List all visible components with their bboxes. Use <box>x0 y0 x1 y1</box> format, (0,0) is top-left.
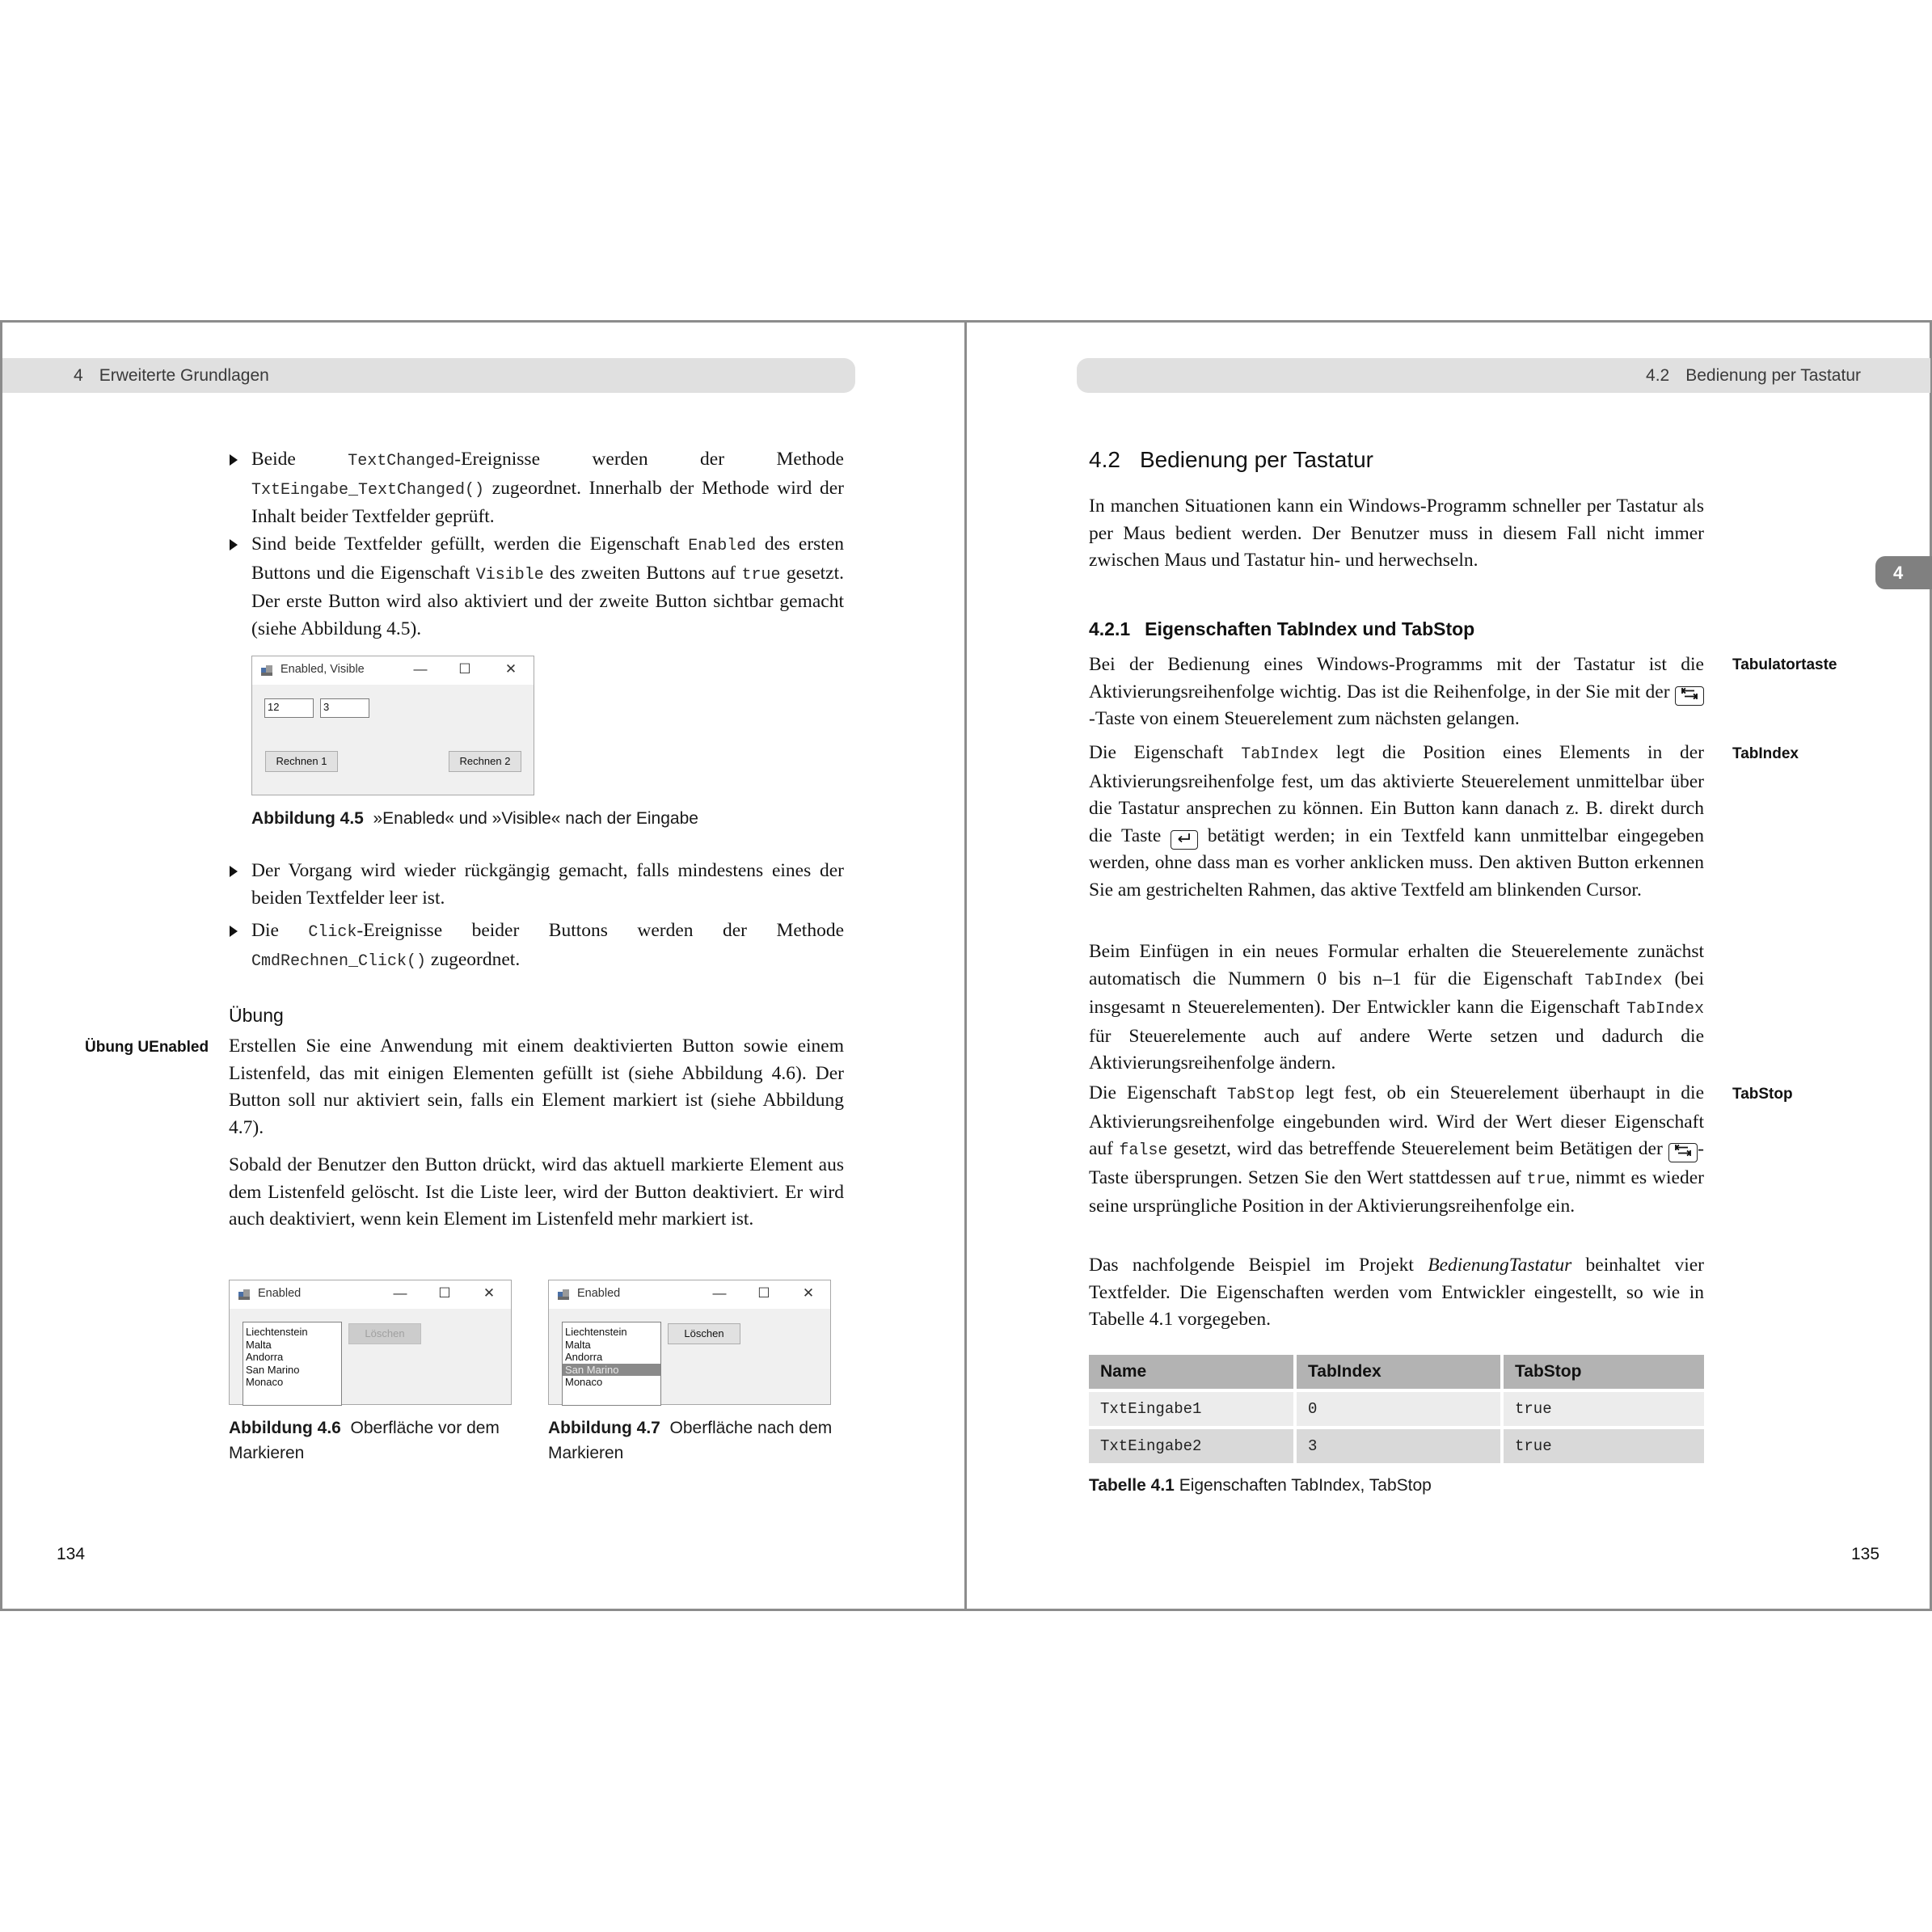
inline-code: Enabled <box>688 537 756 555</box>
list-item[interactable]: San Marino <box>243 1364 341 1377</box>
section-number: 4.2 <box>1646 358 1669 393</box>
section-title: Bedienung per Tastatur <box>1685 366 1930 385</box>
window-title: Enabled <box>577 1287 620 1300</box>
margin-note-tabstop: TabStop <box>1732 1086 1793 1103</box>
table-row: TxtEingabe1 0 true <box>1089 1392 1704 1429</box>
inline-code: TabStop <box>1227 1086 1295 1104</box>
bullet-icon <box>230 539 238 550</box>
paragraph: Bei der Bedienung eines Windows-Programm… <box>1089 652 1704 733</box>
section-heading-number: 4.2 <box>1089 447 1120 472</box>
enter-key-icon <box>1171 830 1198 850</box>
textbox-2[interactable]: 3 <box>320 698 369 718</box>
textbox-1[interactable]: 12 <box>264 698 314 718</box>
list-item[interactable]: Andorra <box>563 1351 660 1364</box>
figure-4-6-window: Enabled — ☐ ✕ LiechtensteinMaltaAndorraS… <box>229 1280 512 1405</box>
margin-note-tabulatortaste: Tabulatortaste <box>1732 656 1837 674</box>
section-heading-title: Bedienung per Tastatur <box>1140 447 1373 472</box>
caption-text: »Enabled« und »Visible« nach der Eingabe <box>373 809 698 828</box>
column-header-name: Name <box>1089 1355 1297 1392</box>
figure-4-5-caption: Abbildung 4.5 »Enabled« und »Visible« na… <box>251 806 698 831</box>
app-icon <box>238 1289 250 1300</box>
figure-4-7-caption: Abbildung 4.7 Oberfläche nach dem Markie… <box>548 1415 847 1466</box>
section-heading: 4.2Bedienung per Tastatur <box>1089 447 1373 473</box>
figure-4-5-window: Enabled, Visible — ☐ ✕ 12 3 Rechnen 1 Re… <box>251 656 534 795</box>
loeschen-button[interactable]: Löschen <box>668 1323 740 1344</box>
inline-code: TabIndex <box>1585 972 1663 990</box>
inline-code: TabIndex <box>1241 745 1318 764</box>
close-icon[interactable]: ✕ <box>800 1285 816 1301</box>
inline-code: CmdRechnen_Click() <box>251 952 426 971</box>
minimize-icon[interactable]: — <box>392 1285 408 1301</box>
subsection-number: 4.2.1 <box>1089 618 1130 639</box>
maximize-icon[interactable]: ☐ <box>457 661 473 677</box>
table-caption: Tabelle 4.1 Eigenschaften TabIndex, TabS… <box>1089 1473 1432 1498</box>
bullet-item: Sind beide Textfelder gefüllt, werden di… <box>251 531 844 643</box>
maximize-icon[interactable]: ☐ <box>437 1285 453 1301</box>
intro-paragraph: In manchen Situationen kann ein Windows-… <box>1089 493 1704 575</box>
inline-code: Click <box>308 923 356 942</box>
list-item[interactable]: Liechtenstein <box>243 1326 341 1339</box>
list-item[interactable]: San Marino <box>563 1364 660 1377</box>
inline-code: true <box>1526 1171 1565 1189</box>
inline-code: TxtEingabe_TextChanged() <box>251 481 484 500</box>
caption-label: Abbildung 4.5 <box>251 809 364 828</box>
cell-name: TxtEingabe1 <box>1089 1392 1297 1429</box>
window-titlebar: Enabled — ☐ ✕ <box>549 1280 830 1309</box>
cell-tabstop: true <box>1504 1392 1704 1429</box>
country-listbox[interactable]: LiechtensteinMaltaAndorraSan MarinoMonac… <box>243 1322 342 1406</box>
column-header-tabstop: TabStop <box>1504 1355 1704 1392</box>
list-item[interactable]: Monaco <box>563 1376 660 1389</box>
list-item[interactable]: Malta <box>243 1339 341 1352</box>
margin-note-tabindex: TabIndex <box>1732 745 1799 763</box>
exercise-heading: Übung <box>229 1005 284 1027</box>
paragraph: Beim Einfügen in ein neues Formular erha… <box>1089 939 1704 1078</box>
paragraph: Das nachfolgende Beispiel im Projekt Bed… <box>1089 1252 1704 1334</box>
subsection-title: Eigenschaften TabIndex und TabStop <box>1145 618 1474 639</box>
minimize-icon[interactable]: — <box>711 1285 728 1301</box>
close-icon[interactable]: ✕ <box>503 661 519 677</box>
column-header-tabindex: TabIndex <box>1297 1355 1504 1392</box>
cell-tabindex: 0 <box>1297 1392 1504 1429</box>
window-titlebar: Enabled — ☐ ✕ <box>230 1280 511 1309</box>
app-icon <box>261 665 272 676</box>
emphasis: BedienungTastatur <box>1428 1255 1571 1276</box>
running-header-left: 4Erweiterte Grundlagen <box>2 358 855 393</box>
inline-code: TextChanged <box>348 452 454 470</box>
page-number-right: 135 <box>1851 1545 1879 1564</box>
properties-table: Name TabIndex TabStop TxtEingabe1 0 true… <box>1089 1355 1704 1466</box>
window-title: Enabled <box>258 1287 301 1300</box>
inline-code: true <box>741 566 780 584</box>
app-icon <box>558 1289 569 1300</box>
exercise-paragraph: Sobald der Benutzer den Button drückt, w… <box>229 1152 844 1234</box>
table-row: TxtEingabe2 3 true <box>1089 1429 1704 1466</box>
running-header-right: 4.2Bedienung per Tastatur <box>1077 358 1930 393</box>
cell-tabindex: 3 <box>1297 1429 1504 1466</box>
page-number-left: 134 <box>57 1545 85 1564</box>
chapter-title: Erweiterte Grundlagen <box>99 366 269 385</box>
caption-label: Tabelle 4.1 <box>1089 1476 1175 1495</box>
paragraph: Die Eigenschaft TabStop legt fest, ob ei… <box>1089 1080 1704 1221</box>
bullet-item: Die Click-Ereignisse beider Buttons werd… <box>251 917 844 975</box>
rechnen-1-button[interactable]: Rechnen 1 <box>265 751 338 772</box>
caption-label: Abbildung 4.6 <box>229 1419 341 1437</box>
figure-4-7-window: Enabled — ☐ ✕ LiechtensteinMaltaAndorraS… <box>548 1280 831 1405</box>
cell-tabstop: true <box>1504 1429 1704 1466</box>
bullet-item: Beide TextChanged-Ereignisse werden der … <box>251 446 844 531</box>
bullet-icon <box>230 926 238 937</box>
chapter-number: 4 <box>2 358 83 393</box>
inline-code: TabIndex <box>1626 1000 1704 1019</box>
rechnen-2-button[interactable]: Rechnen 2 <box>449 751 521 772</box>
loeschen-button[interactable]: Löschen <box>348 1323 421 1344</box>
country-listbox[interactable]: LiechtensteinMaltaAndorraSan MarinoMonac… <box>562 1322 661 1406</box>
caption-text: Eigenschaften TabIndex, TabStop <box>1179 1476 1432 1495</box>
cell-name: TxtEingabe2 <box>1089 1429 1297 1466</box>
paragraph: Die Eigenschaft TabIndex legt die Positi… <box>1089 740 1704 904</box>
list-item[interactable]: Malta <box>563 1339 660 1352</box>
subsection-heading: 4.2.1Eigenschaften TabIndex und TabStop <box>1089 618 1474 640</box>
figure-4-6-caption: Abbildung 4.6 Oberfläche vor dem Markier… <box>229 1415 520 1466</box>
list-item[interactable]: Liechtenstein <box>563 1326 660 1339</box>
close-icon[interactable]: ✕ <box>481 1285 497 1301</box>
chapter-thumb-tab[interactable]: 4 <box>1875 556 1932 589</box>
bullet-icon <box>230 454 238 466</box>
list-item[interactable]: Andorra <box>243 1351 341 1364</box>
caption-label: Abbildung 4.7 <box>548 1419 660 1437</box>
maximize-icon[interactable]: ☐ <box>756 1285 772 1301</box>
exercise-paragraph: Erstellen Sie eine Anwendung mit einem d… <box>229 1033 844 1141</box>
margin-note-exercise: Übung UEnabled <box>85 1039 209 1057</box>
list-item[interactable]: Monaco <box>243 1376 341 1389</box>
window-titlebar: Enabled, Visible — ☐ ✕ <box>252 656 534 685</box>
tab-key-icon <box>1668 1143 1698 1162</box>
inline-code: false <box>1119 1141 1167 1160</box>
bullet-item: Der Vorgang wird wieder rückgängig gemac… <box>251 858 844 912</box>
bullet-icon <box>230 866 238 877</box>
minimize-icon[interactable]: — <box>412 661 428 677</box>
tab-key-icon <box>1675 686 1704 706</box>
inline-code: Visible <box>476 566 544 584</box>
table-header-row: Name TabIndex TabStop <box>1089 1355 1704 1392</box>
window-title: Enabled, Visible <box>281 663 365 676</box>
